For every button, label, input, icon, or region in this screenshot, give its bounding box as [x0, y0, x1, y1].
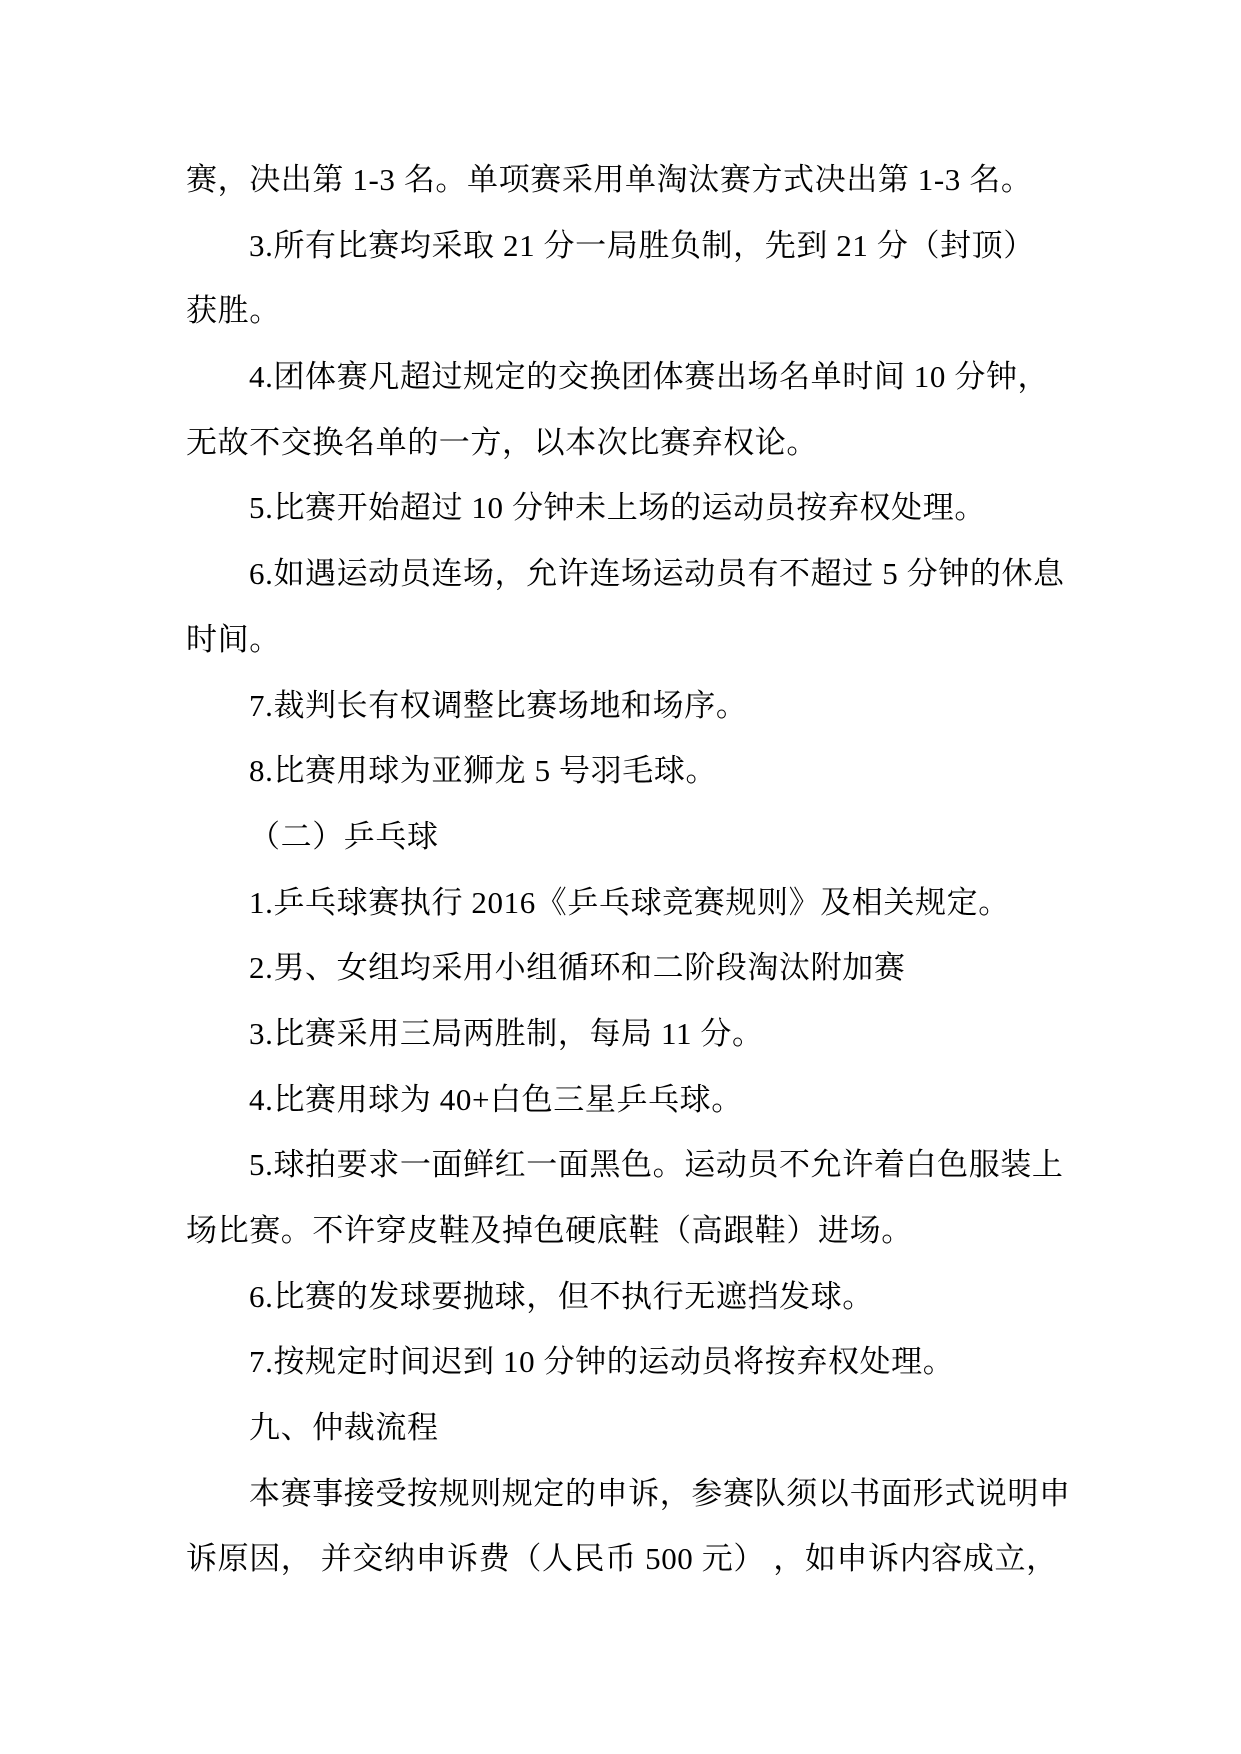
document-body: 赛，决出第 1-3 名。单项赛采用单淘汰赛方式决出第 1-3 名。3.所有比赛均… [186, 147, 1081, 1592]
text-line-8: 时间。 [186, 607, 1081, 673]
text-line-19: 7.按规定时间迟到 10 分钟的运动员将按弃权处理。 [186, 1329, 1081, 1395]
text-line-4: 4.团体赛凡超过规定的交换团体赛出场名单时间 10 分钟， [186, 344, 1081, 410]
text-line-21: 本赛事接受按规则规定的申诉，参赛队须以书面形式说明申 [186, 1461, 1081, 1527]
text-line-13: 2.男、女组均采用小组循环和二阶段淘汰附加赛 [186, 935, 1081, 1001]
text-line-14: 3.比赛采用三局两胜制，每局 11 分。 [186, 1001, 1081, 1067]
text-line-5: 无故不交换名单的一方，以本次比赛弃权论。 [186, 410, 1081, 476]
text-line-16: 5.球拍要求一面鲜红一面黑色。运动员不允许着白色服装上 [186, 1132, 1081, 1198]
text-line-6: 5.比赛开始超过 10 分钟未上场的运动员按弃权处理。 [186, 475, 1081, 541]
text-line-20: 九、仲裁流程 [186, 1395, 1081, 1461]
text-line-9: 7.裁判长有权调整比赛场地和场序。 [186, 673, 1081, 739]
text-line-15: 4.比赛用球为 40+白色三星乒乓球。 [186, 1067, 1081, 1133]
text-line-7: 6.如遇运动员连场，允许连场运动员有不超过 5 分钟的休息 [186, 541, 1081, 607]
text-line-11: （二）乒乓球 [186, 804, 1081, 870]
text-line-1: 赛，决出第 1-3 名。单项赛采用单淘汰赛方式决出第 1-3 名。 [186, 147, 1081, 213]
text-line-12: 1.乒乓球赛执行 2016《乒乓球竞赛规则》及相关规定。 [186, 870, 1081, 936]
text-line-18: 6.比赛的发球要抛球，但不执行无遮挡发球。 [186, 1264, 1081, 1330]
document-page: 赛，决出第 1-3 名。单项赛采用单淘汰赛方式决出第 1-3 名。3.所有比赛均… [0, 0, 1241, 1754]
text-line-17: 场比赛。不许穿皮鞋及掉色硬底鞋（高跟鞋）进场。 [186, 1198, 1081, 1264]
text-line-10: 8.比赛用球为亚狮龙 5 号羽毛球。 [186, 738, 1081, 804]
text-line-22: 诉原因， 并交纳申诉费（人民币 500 元） ，如申诉内容成立， [186, 1526, 1081, 1592]
text-line-2: 3.所有比赛均采取 21 分一局胜负制，先到 21 分（封顶） [186, 213, 1081, 279]
text-line-3: 获胜。 [186, 278, 1081, 344]
